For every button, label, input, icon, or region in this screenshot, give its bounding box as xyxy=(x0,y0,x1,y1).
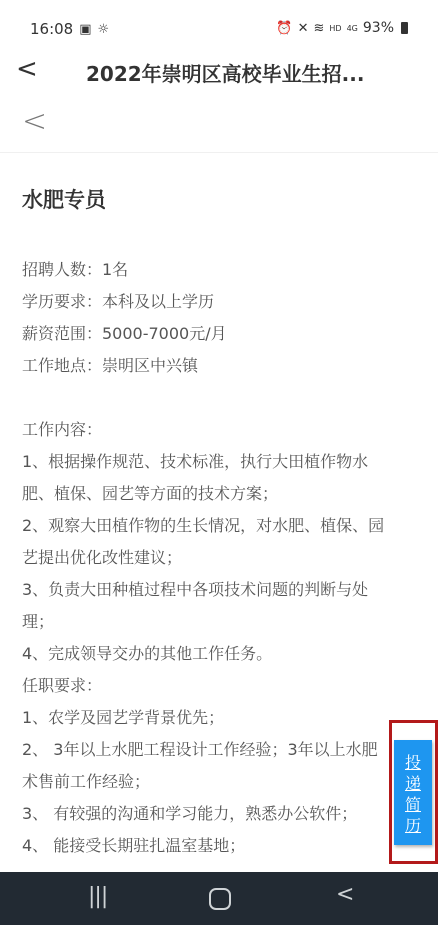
web-back-button[interactable]: < xyxy=(22,104,47,139)
duty-line: 艺提出优化改性建议； xyxy=(22,542,422,574)
requirements-heading: 任职要求： xyxy=(22,670,422,702)
web-header: < xyxy=(0,96,438,153)
requirement-line: 1、农学及园艺学背景优先； xyxy=(22,702,422,734)
requirement-line: 3、 有较强的沟通和学习能力，熟悉办公软件； xyxy=(22,798,422,830)
job-detail: 水肥专员 招聘人数：1名 学历要求：本科及以上学历 薪资范围：5000-7000… xyxy=(22,160,422,862)
4g-signal-icon: 4G xyxy=(347,24,358,33)
duty-line: 3、负责大田种植过程中各项技术问题的判断与处 xyxy=(22,574,422,606)
info-headcount: 招聘人数：1名 xyxy=(22,254,422,286)
duty-line: 理； xyxy=(22,606,422,638)
info-education: 学历要求：本科及以上学历 xyxy=(22,286,422,318)
app-back-button[interactable]: < xyxy=(16,54,38,84)
image-icon: ▣ xyxy=(79,22,91,37)
button-label-char: 递 xyxy=(394,773,432,794)
requirement-line: 4、 能接受长期驻扎温室基地； xyxy=(22,830,422,862)
info-location: 工作地点：崇明区中兴镇 xyxy=(22,350,422,382)
duties-heading: 工作内容： xyxy=(22,414,422,446)
page-title: 2022年崇明区高校毕业生招... xyxy=(86,58,364,87)
duty-line: 1、根据操作规范、技术标准，执行大田植作物水 xyxy=(22,446,422,478)
duty-line: 4、完成领导交办的其他工作任务。 xyxy=(22,638,422,670)
home-button[interactable] xyxy=(209,888,231,910)
weather-icon: ☼ xyxy=(98,22,110,37)
battery-percent: 93% xyxy=(363,20,394,36)
recent-apps-button[interactable]: ||| xyxy=(88,884,107,909)
system-nav-bar: ||| < xyxy=(0,872,438,925)
duty-line: 肥、植保、园艺等方面的技术方案； xyxy=(22,478,422,510)
status-bar: 16:08 ▣ ☼ ⏰ ✕ ≋ HD 4G 93% xyxy=(0,0,438,50)
clock: 16:08 xyxy=(30,20,73,38)
alarm-icon: ⏰ xyxy=(276,21,292,36)
wifi-icon: ≋ xyxy=(313,21,324,36)
job-title: 水肥专员 xyxy=(22,184,422,214)
mute-icon: ✕ xyxy=(298,21,309,36)
requirement-line: 2、 3年以上水肥工程设计工作经验；3年以上水肥 xyxy=(22,734,422,766)
requirement-line: 术售前工作经验； xyxy=(22,766,422,798)
hd-icon: HD xyxy=(329,24,341,33)
button-label-char: 简 xyxy=(394,794,432,815)
battery-icon xyxy=(401,22,408,34)
button-label-char: 历 xyxy=(394,815,432,836)
app-bar: < 2022年崇明区高校毕业生招... xyxy=(0,50,438,92)
system-back-button[interactable]: < xyxy=(336,882,354,907)
button-label-char: 投 xyxy=(394,752,432,773)
duty-line: 2、观察大田植作物的生长情况，对水肥、植保、园 xyxy=(22,510,422,542)
submit-resume-button[interactable]: 投 递 简 历 xyxy=(394,740,432,845)
info-salary: 薪资范围：5000-7000元/月 xyxy=(22,318,422,350)
